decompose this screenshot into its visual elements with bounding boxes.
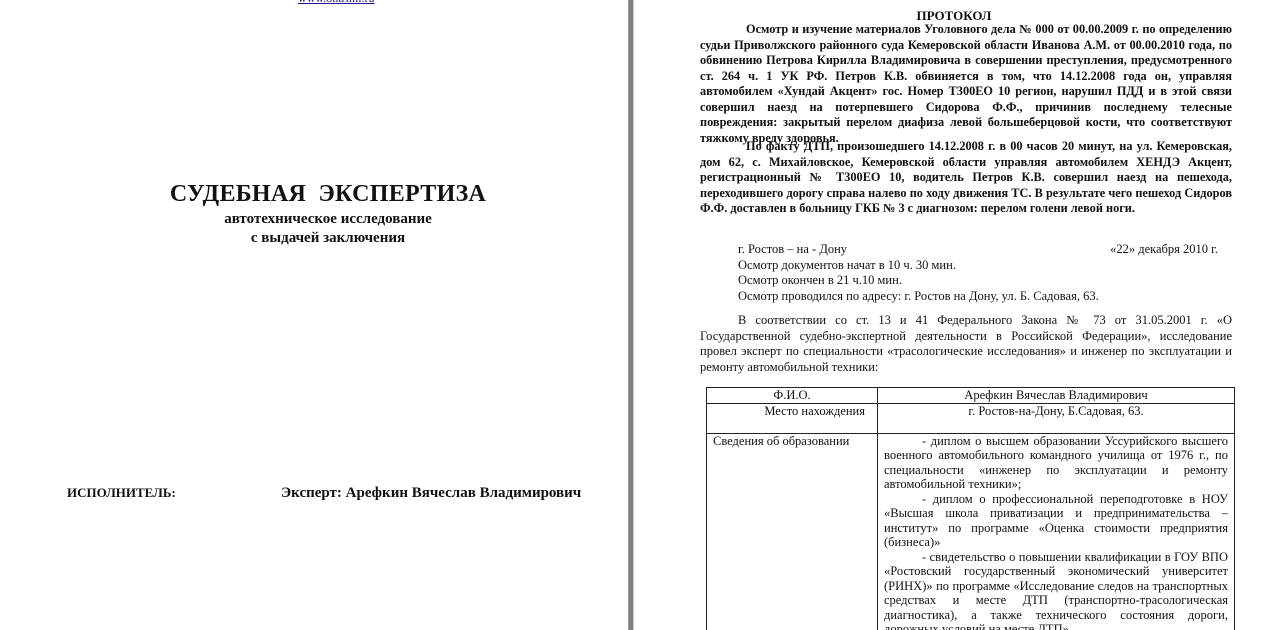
- address: Осмотр проводился по адресу: г. Ростов н…: [738, 289, 1218, 305]
- date: «22» декабря 2010 г.: [1110, 242, 1218, 258]
- table-value: г. Ростов-на-Дону, Б.Садовая, 63.: [878, 403, 1235, 433]
- table-key: Ф.И.О.: [707, 388, 878, 404]
- table-key: Сведения об образовании: [707, 433, 878, 630]
- case-paragraph: Осмотр и изучение материалов Уголовного …: [700, 22, 1232, 146]
- place: г. Ростов – на - Дону: [738, 242, 847, 258]
- intro-paragraph: В соответствии со ст. 13 и 41 Федерально…: [700, 313, 1232, 375]
- table-row: Место нахождения г. Ростов-на-Дону, Б.Са…: [707, 403, 1235, 433]
- end-time: Осмотр окончен в 21 ч.10 мин.: [738, 273, 1218, 289]
- document-page-right: ПРОТОКОЛ Осмотр и изучение материалов Уг…: [634, 0, 1261, 630]
- expert-name: Эксперт: Арефкин Вячеслав Владимирович: [281, 485, 581, 502]
- executor-label: ИСПОЛНИТЕЛЬ:: [67, 485, 176, 501]
- dtp-paragraph: По факту ДТП, произошедшего 14.12.2008 г…: [700, 139, 1232, 217]
- table-row: Сведения об образовании - диплом о высше…: [707, 433, 1235, 630]
- document-page-left: www.otkrimi.ru СУДЕБНАЯ ЭКСПЕРТИЗА автот…: [0, 0, 628, 630]
- education-item: - диплом о высшем образовании Уссурийско…: [884, 434, 1228, 492]
- intro-paragraph-text: В соответствии со ст. 13 и 41 Федерально…: [700, 313, 1232, 375]
- education-item: - диплом о профессиональной переподготов…: [884, 492, 1228, 550]
- inspection-meta: г. Ростов – на - Дону «22» декабря 2010 …: [738, 242, 1218, 304]
- document-title: СУДЕБНАЯ ЭКСПЕРТИЗА: [0, 181, 628, 208]
- table-key: Место нахождения: [707, 403, 878, 433]
- document-subtitle: автотехническое исследование: [0, 211, 628, 228]
- document-subtitle-2: с выдачей заключения: [0, 230, 628, 247]
- case-paragraph-text: Осмотр и изучение материалов Уголовного …: [700, 22, 1232, 146]
- start-time: Осмотр документов начат в 10 ч. 30 мин.: [738, 258, 1218, 274]
- dtp-paragraph-text: По факту ДТП, произошедшего 14.12.2008 г…: [700, 139, 1232, 217]
- education-list: - диплом о высшем образовании Уссурийско…: [878, 433, 1235, 630]
- education-item: - свидетельство о повышении квалификации…: [884, 550, 1228, 630]
- expert-info-table: Ф.И.О. Арефкин Вячеслав Владимирович Мес…: [706, 387, 1235, 630]
- site-link[interactable]: www.otkrimi.ru: [298, 0, 375, 6]
- table-value: Арефкин Вячеслав Владимирович: [878, 388, 1235, 404]
- table-row: Ф.И.О. Арефкин Вячеслав Владимирович: [707, 388, 1235, 404]
